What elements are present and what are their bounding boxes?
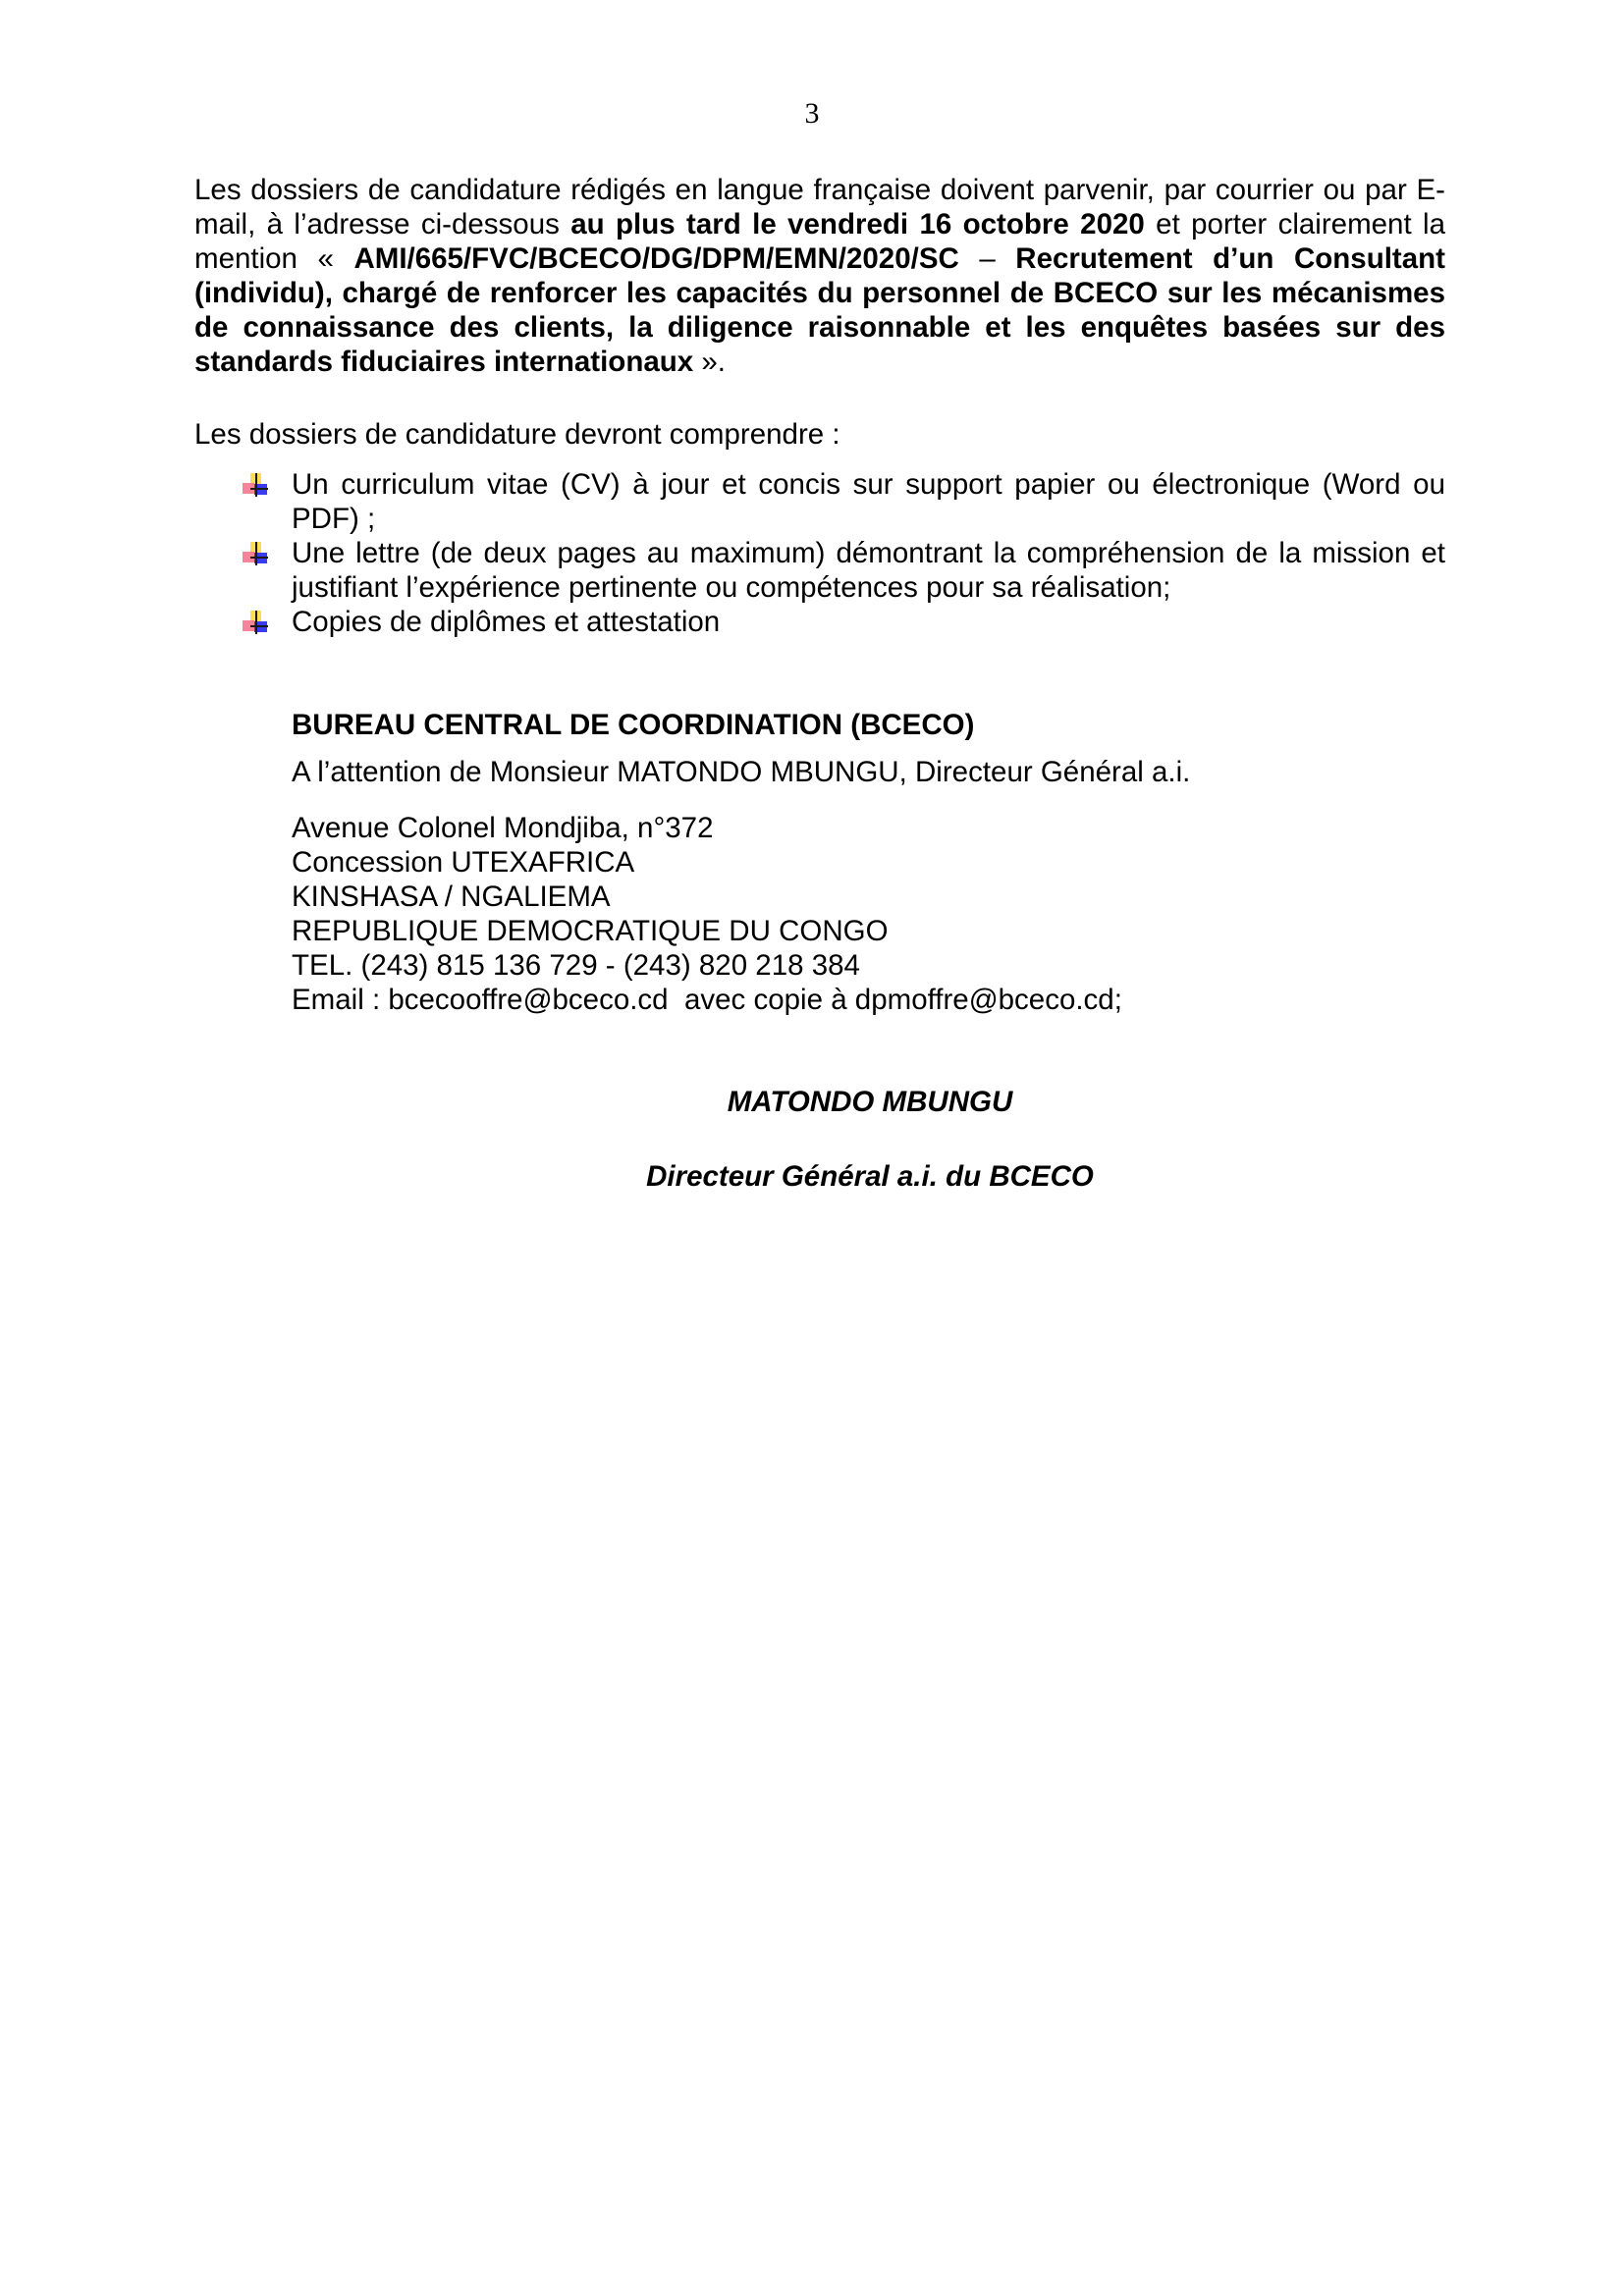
attention-line: A l’attention de Monsieur MATONDO MBUNGU… bbox=[292, 755, 1372, 789]
address-city: KINSHASA / NGALIEMA bbox=[292, 880, 1372, 914]
signatory-title: Directeur Général a.i. du BCECO bbox=[0, 1159, 1624, 1194]
paragraph-text: – bbox=[959, 242, 1015, 275]
requirement-text: Une lettre (de deux pages au maximum) dé… bbox=[292, 537, 1445, 604]
requirement-item: Un curriculum vitae (CV) à jour et conci… bbox=[194, 467, 1445, 536]
address-phone: TEL. (243) 815 136 729 - (243) 820 218 3… bbox=[292, 948, 1372, 983]
emphasized-text: AMI/665/FVC/BCECO/DG/DPM/EMN/2020/SC bbox=[353, 242, 958, 275]
address-concession: Concession UTEXAFRICA bbox=[292, 845, 1372, 880]
requirement-text: Copies de diplômes et attestation bbox=[292, 606, 720, 638]
requirement-item: Une lettre (de deux pages au maximum) dé… bbox=[194, 536, 1445, 605]
address-email: Email : bcecooffre@bceco.cd avec copie à… bbox=[292, 983, 1372, 1017]
colored-square-bullet-icon bbox=[243, 473, 268, 497]
postal-address: Avenue Colonel Mondjiba, n°372 Concessio… bbox=[292, 811, 1372, 1017]
page-number: 3 bbox=[0, 96, 1624, 132]
requirement-text: Un curriculum vitae (CV) à jour et conci… bbox=[292, 468, 1445, 535]
requirements-intro: Les dossiers de candidature devront comp… bbox=[194, 417, 1445, 452]
colored-square-bullet-icon bbox=[243, 542, 268, 565]
signatory-name: MATONDO MBUNGU bbox=[0, 1085, 1624, 1119]
organization-name: BUREAU CENTRAL DE COORDINATION (BCECO) bbox=[292, 708, 1372, 742]
submission-instructions-paragraph: Les dossiers de candidature rédigés en l… bbox=[194, 173, 1445, 379]
paragraph-text: ». bbox=[693, 346, 726, 378]
address-country: REPUBLIQUE DEMOCRATIQUE DU CONGO bbox=[292, 914, 1372, 948]
requirement-item: Copies de diplômes et attestation bbox=[194, 605, 1445, 639]
colored-square-bullet-icon bbox=[243, 611, 268, 634]
address-street: Avenue Colonel Mondjiba, n°372 bbox=[292, 811, 1372, 845]
emphasized-text: au plus tard le vendredi 16 octobre 2020 bbox=[570, 208, 1145, 240]
requirements-list: Un curriculum vitae (CV) à jour et conci… bbox=[194, 467, 1445, 639]
